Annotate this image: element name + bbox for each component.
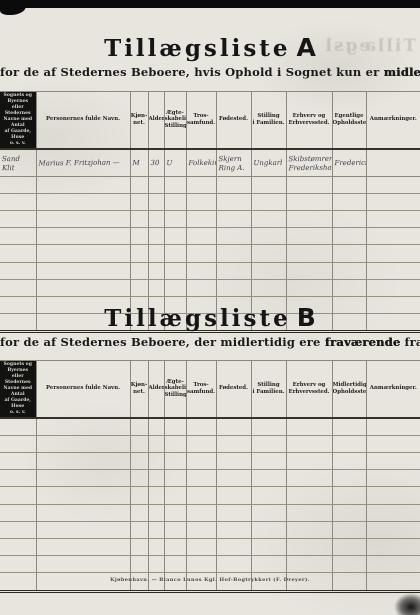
entry-cell-opholdssted: Fredericia — [332, 149, 366, 177]
blank-cell-stilling — [251, 521, 286, 538]
blank-cell-navn — [36, 453, 130, 470]
blank-cell-aegteskabelig — [164, 418, 186, 436]
handwritten-entry-row: Sand KlitMarius F. Fritzjohan —M30UFolke… — [0, 149, 420, 177]
blank-cell-stilling — [251, 228, 286, 245]
blank-cell-stilling — [251, 245, 286, 262]
list-b-title-word: Tillægsliste — [104, 305, 290, 332]
blank-cell-navn — [36, 418, 130, 436]
blank-cell-fodested — [216, 262, 251, 279]
blank-cell-trossamfund — [186, 435, 216, 452]
blank-cell-stilling — [251, 435, 286, 452]
blank-cell-trossamfund — [186, 539, 216, 556]
blank-cell-kjonnet — [130, 539, 148, 556]
column-header-stilling: Stilling i Familien. — [251, 361, 286, 418]
column-header-opholdssted: Midlertidigt Opholdssted. — [332, 361, 366, 418]
blank-cell-kjonnet — [130, 453, 148, 470]
entry-cell-sted: Sand Klit — [0, 149, 36, 177]
scan-corner-smudge — [394, 593, 420, 615]
list-a-title-word: Tillægsliste — [104, 35, 290, 62]
list-b-subtitle-keyword: fraværende — [325, 335, 400, 349]
blank-cell-trossamfund — [186, 211, 216, 228]
blank-cell-aegteskabelig — [164, 504, 186, 521]
blank-cell-alder — [148, 487, 164, 504]
blank-cell-kjonnet — [130, 262, 148, 279]
blank-cell-kjonnet — [130, 418, 148, 436]
blank-cell-anmaerkninger — [366, 176, 420, 193]
blank-cell-stilling — [251, 539, 286, 556]
blank-cell-alder — [148, 193, 164, 210]
column-header-erhverv: Erhverv og Erhvervssted. — [286, 92, 332, 149]
blank-row — [0, 453, 420, 470]
blank-row — [0, 262, 420, 279]
list-b-subtitle: for de af Stedernes Beboere, der midlert… — [0, 335, 420, 349]
column-header-alder: Alder. — [148, 361, 164, 418]
blank-cell-opholdssted — [332, 228, 366, 245]
tillaegsliste-a-table: Sognets og Byernes eller Stedernes Navne… — [0, 91, 420, 333]
blank-cell-aegteskabelig — [164, 176, 186, 193]
blank-cell-navn — [36, 521, 130, 538]
blank-cell-anmaerkninger — [366, 539, 420, 556]
blank-cell-aegteskabelig — [164, 262, 186, 279]
blank-cell-erhverv — [286, 228, 332, 245]
blank-cell-sted — [0, 487, 36, 504]
blank-cell-fodested — [216, 435, 251, 452]
blank-cell-sted — [0, 262, 36, 279]
blank-cell-aegteskabelig — [164, 487, 186, 504]
blank-cell-fodested — [216, 211, 251, 228]
column-header-navn: Personernes fulde Navn. — [36, 361, 130, 418]
blank-row — [0, 193, 420, 210]
blank-cell-trossamfund — [186, 521, 216, 538]
blank-cell-kjonnet — [130, 504, 148, 521]
blank-cell-opholdssted — [332, 245, 366, 262]
blank-cell-anmaerkninger — [366, 435, 420, 452]
blank-cell-stilling — [251, 176, 286, 193]
blank-cell-stilling — [251, 504, 286, 521]
blank-cell-anmaerkninger — [366, 228, 420, 245]
blank-cell-navn — [36, 539, 130, 556]
blank-cell-trossamfund — [186, 504, 216, 521]
blank-cell-fodested — [216, 556, 251, 573]
blank-cell-kjonnet — [130, 279, 148, 296]
blank-cell-stilling — [251, 470, 286, 487]
blank-cell-sted — [0, 211, 36, 228]
blank-cell-sted — [0, 504, 36, 521]
column-header-fodested: Fødested. — [216, 361, 251, 418]
blank-row — [0, 556, 420, 573]
blank-cell-sted — [0, 245, 36, 262]
blank-cell-navn — [36, 245, 130, 262]
column-header-kjonnet: Kjøn- net. — [130, 92, 148, 149]
blank-cell-sted — [0, 539, 36, 556]
blank-cell-alder — [148, 279, 164, 296]
blank-cell-sted — [0, 556, 36, 573]
blank-cell-erhverv — [286, 556, 332, 573]
blank-cell-aegteskabelig — [164, 470, 186, 487]
column-header-aegteskabelig: Ægte- skabelig Stilling. — [164, 361, 186, 418]
column-header-alder: Alder. — [148, 92, 164, 149]
column-header-anmaerkninger: Anmærkninger. — [366, 361, 420, 418]
blank-cell-trossamfund — [186, 453, 216, 470]
blank-cell-alder — [148, 262, 164, 279]
blank-cell-sted — [0, 435, 36, 452]
blank-cell-navn — [36, 556, 130, 573]
blank-cell-alder — [148, 470, 164, 487]
blank-cell-anmaerkninger — [366, 521, 420, 538]
column-header-trossamfund: Tros- samfund. — [186, 92, 216, 149]
blank-cell-opholdssted — [332, 487, 366, 504]
blank-cell-erhverv — [286, 245, 332, 262]
blank-cell-trossamfund — [186, 418, 216, 436]
blank-cell-anmaerkninger — [366, 453, 420, 470]
blank-cell-fodested — [216, 279, 251, 296]
column-header-erhverv: Erhverv og Erhvervssted. — [286, 361, 332, 418]
blank-cell-anmaerkninger — [366, 470, 420, 487]
blank-cell-erhverv — [286, 418, 332, 436]
blank-cell-kjonnet — [130, 211, 148, 228]
list-b-title-letter: B — [297, 303, 316, 332]
blank-cell-opholdssted — [332, 193, 366, 210]
blank-cell-sted — [0, 279, 36, 296]
blank-cell-stilling — [251, 453, 286, 470]
blank-cell-opholdssted — [332, 211, 366, 228]
list-a-subtitle-keyword: midlertidigt — [384, 65, 420, 79]
blank-cell-kjonnet — [130, 521, 148, 538]
blank-cell-erhverv — [286, 470, 332, 487]
blank-cell-erhverv — [286, 504, 332, 521]
blank-cell-erhverv — [286, 193, 332, 210]
column-header-trossamfund: Tros- samfund. — [186, 361, 216, 418]
blank-cell-navn — [36, 193, 130, 210]
blank-cell-sted — [0, 193, 36, 210]
blank-row — [0, 435, 420, 452]
column-header-navn: Personernes fulde Navn. — [36, 92, 130, 149]
blank-cell-fodested — [216, 418, 251, 436]
entry-cell-trossamfund: Folkekirk — [186, 149, 216, 177]
column-header-aegteskabelig: Ægte- skabelig Stilling. — [164, 92, 186, 149]
blank-cell-trossamfund — [186, 176, 216, 193]
blank-cell-trossamfund — [186, 279, 216, 296]
blank-row — [0, 521, 420, 538]
blank-cell-trossamfund — [186, 228, 216, 245]
blank-cell-fodested — [216, 504, 251, 521]
blank-cell-stilling — [251, 211, 286, 228]
blank-cell-kjonnet — [130, 193, 148, 210]
blank-cell-navn — [36, 262, 130, 279]
blank-cell-alder — [148, 435, 164, 452]
blank-cell-sted — [0, 521, 36, 538]
blank-cell-fodested — [216, 228, 251, 245]
scan-edge-band — [0, 0, 420, 8]
blank-cell-fodested — [216, 245, 251, 262]
blank-cell-alder — [148, 211, 164, 228]
blank-cell-navn — [36, 504, 130, 521]
printer-imprint: Kjøbenhavn. — Bianco Lunos Kgl. Hof-Bogt… — [0, 577, 420, 583]
blank-cell-anmaerkninger — [366, 556, 420, 573]
blank-cell-opholdssted — [332, 418, 366, 436]
blank-cell-aegteskabelig — [164, 521, 186, 538]
entry-cell-stilling: Ungkarl — [251, 149, 286, 177]
blank-cell-opholdssted — [332, 539, 366, 556]
blank-row — [0, 487, 420, 504]
blank-cell-erhverv — [286, 176, 332, 193]
blank-cell-stilling — [251, 193, 286, 210]
blank-row — [0, 245, 420, 262]
blank-cell-alder — [148, 418, 164, 436]
blank-cell-sted — [0, 176, 36, 193]
column-header-opholdssted: Egentlige Opholdssted. — [332, 92, 366, 149]
entry-cell-navn: Marius F. Fritzjohan — — [36, 148, 130, 176]
blank-row — [0, 279, 420, 296]
blank-cell-alder — [148, 245, 164, 262]
scanned-census-form-page: Tillægsliste TillægslisteA for de af Ste… — [0, 7, 420, 615]
blank-cell-trossamfund — [186, 487, 216, 504]
blank-cell-alder — [148, 504, 164, 521]
blank-cell-sted — [0, 470, 36, 487]
entry-cell-fodested: Skjern Ring A. — [216, 149, 251, 177]
blank-cell-aegteskabelig — [164, 245, 186, 262]
blank-cell-aegteskabelig — [164, 193, 186, 210]
blank-cell-fodested — [216, 487, 251, 504]
blank-cell-anmaerkninger — [366, 418, 420, 436]
blank-cell-stilling — [251, 279, 286, 296]
blank-cell-opholdssted — [332, 262, 366, 279]
blank-row — [0, 470, 420, 487]
blank-cell-navn — [36, 279, 130, 296]
blank-row — [0, 539, 420, 556]
blank-cell-anmaerkninger — [366, 193, 420, 210]
blank-cell-aegteskabelig — [164, 435, 186, 452]
blank-cell-trossamfund — [186, 262, 216, 279]
column-header-stilling: Stilling i Familien. — [251, 92, 286, 149]
blank-cell-alder — [148, 521, 164, 538]
blank-row — [0, 228, 420, 245]
blank-cell-erhverv — [286, 521, 332, 538]
column-header-kjonnet: Kjøn- net. — [130, 361, 148, 418]
blank-cell-navn — [36, 487, 130, 504]
tillaegsliste-b-table: Sognets og Byernes eller Stedernes Navne… — [0, 360, 420, 593]
blank-cell-navn — [36, 228, 130, 245]
blank-cell-anmaerkninger — [366, 487, 420, 504]
blank-row — [0, 211, 420, 228]
blank-cell-stilling — [251, 418, 286, 436]
blank-cell-erhverv — [286, 435, 332, 452]
list-a-title-letter: A — [297, 33, 316, 62]
blank-cell-alder — [148, 556, 164, 573]
column-header-sted: Sognets og Byernes eller Stedernes Navne… — [0, 361, 36, 418]
blank-cell-kjonnet — [130, 245, 148, 262]
blank-cell-kjonnet — [130, 435, 148, 452]
blank-cell-aegteskabelig — [164, 211, 186, 228]
blank-cell-opholdssted — [332, 279, 366, 296]
blank-cell-aegteskabelig — [164, 228, 186, 245]
blank-cell-opholdssted — [332, 176, 366, 193]
blank-cell-navn — [36, 435, 130, 452]
entry-cell-alder: 30 — [148, 149, 164, 177]
blank-cell-kjonnet — [130, 228, 148, 245]
blank-cell-alder — [148, 539, 164, 556]
blank-cell-aegteskabelig — [164, 453, 186, 470]
blank-cell-erhverv — [286, 453, 332, 470]
entry-cell-aegteskabelig: U — [164, 149, 186, 177]
blank-cell-anmaerkninger — [366, 504, 420, 521]
blank-cell-anmaerkninger — [366, 279, 420, 296]
blank-cell-erhverv — [286, 279, 332, 296]
blank-cell-stilling — [251, 487, 286, 504]
blank-cell-alder — [148, 228, 164, 245]
blank-cell-erhverv — [286, 487, 332, 504]
blank-cell-alder — [148, 453, 164, 470]
blank-cell-fodested — [216, 453, 251, 470]
blank-cell-erhverv — [286, 539, 332, 556]
blank-row — [0, 418, 420, 436]
blank-cell-fodested — [216, 521, 251, 538]
blank-cell-trossamfund — [186, 245, 216, 262]
blank-cell-kjonnet — [130, 176, 148, 193]
blank-cell-fodested — [216, 193, 251, 210]
blank-cell-kjonnet — [130, 487, 148, 504]
blank-cell-trossamfund — [186, 556, 216, 573]
blank-cell-anmaerkninger — [366, 211, 420, 228]
list-b-title: TillægslisteB — [0, 303, 420, 332]
blank-cell-sted — [0, 228, 36, 245]
list-a-subtitle: for de af Stedernes Beboere, hvis Ophold… — [0, 65, 420, 79]
blank-cell-navn — [36, 470, 130, 487]
blank-cell-opholdssted — [332, 435, 366, 452]
blank-cell-opholdssted — [332, 504, 366, 521]
blank-cell-kjonnet — [130, 556, 148, 573]
column-header-sted: Sognets og Byernes eller Stedernes Navne… — [0, 92, 36, 149]
blank-cell-trossamfund — [186, 470, 216, 487]
column-header-fodested: Fødested. — [216, 92, 251, 149]
blank-cell-navn — [36, 211, 130, 228]
column-header-anmaerkninger: Anmærkninger. — [366, 92, 420, 149]
entry-cell-erhverv: Skibstømrer Frederikshavn — [286, 148, 332, 176]
blank-cell-kjonnet — [130, 470, 148, 487]
blank-cell-fodested — [216, 176, 251, 193]
blank-cell-opholdssted — [332, 453, 366, 470]
blank-cell-trossamfund — [186, 193, 216, 210]
blank-cell-aegteskabelig — [164, 539, 186, 556]
blank-cell-stilling — [251, 556, 286, 573]
entry-cell-anmaerkninger — [366, 148, 420, 176]
blank-cell-erhverv — [286, 262, 332, 279]
blank-cell-fodested — [216, 470, 251, 487]
blank-cell-aegteskabelig — [164, 556, 186, 573]
blank-cell-erhverv — [286, 211, 332, 228]
blank-cell-fodested — [216, 539, 251, 556]
blank-cell-anmaerkninger — [366, 262, 420, 279]
blank-cell-aegteskabelig — [164, 279, 186, 296]
list-a-title: TillægslisteA — [0, 33, 420, 62]
blank-cell-stilling — [251, 262, 286, 279]
blank-cell-opholdssted — [332, 556, 366, 573]
blank-cell-anmaerkninger — [366, 245, 420, 262]
blank-row — [0, 504, 420, 521]
blank-cell-sted — [0, 453, 36, 470]
blank-cell-opholdssted — [332, 470, 366, 487]
blank-cell-sted — [0, 418, 36, 436]
blank-row — [0, 176, 420, 193]
entry-cell-kjonnet: M — [130, 149, 148, 177]
blank-cell-opholdssted — [332, 521, 366, 538]
blank-cell-navn — [36, 176, 130, 193]
blank-cell-alder — [148, 176, 164, 193]
